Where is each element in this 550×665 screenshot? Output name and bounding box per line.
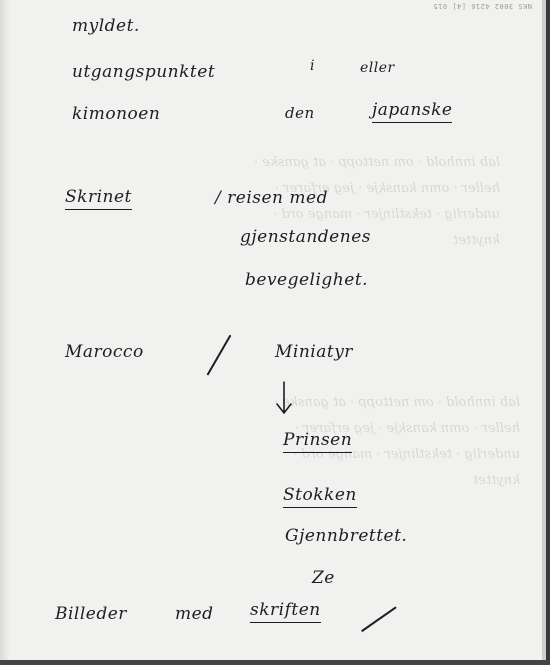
- handwriting-line-6: bevegelighet.: [245, 270, 368, 290]
- handwriting-line-7b: Miniatyr: [275, 342, 353, 362]
- handwriting-line-10: Gjennbrettet.: [285, 526, 407, 546]
- handwriting-line-7a: Marocco: [65, 342, 144, 362]
- handwriting-line-11: Ze: [312, 568, 335, 588]
- handwriting-line-1: myldet.: [72, 16, 140, 36]
- manuscript-page: NKS 3002 4216 [4] 015 lab innhold · om n…: [0, 0, 546, 660]
- handwriting-line-2a: utgangspunktet: [72, 62, 215, 82]
- page-bottom-edge: [0, 660, 550, 665]
- down-arrow-icon: [274, 380, 294, 416]
- handwriting-line-2b: i: [310, 58, 315, 74]
- page-spine-shadow: [0, 0, 10, 660]
- handwriting-line-4a-underlined: Skrinet: [65, 187, 132, 210]
- handwriting-line-4b: / reisen med: [215, 188, 328, 208]
- handwriting-line-12c-underlined: skriften: [250, 600, 321, 623]
- page-right-edge: [542, 0, 546, 665]
- handwriting-line-9-underlined: Stokken: [283, 485, 357, 508]
- slash-stroke-bottom: [361, 606, 396, 631]
- handwriting-line-12b: med: [175, 604, 214, 624]
- handwriting-line-2c: eller: [360, 60, 395, 76]
- handwriting-line-3a: kimonoen: [72, 104, 160, 124]
- handwriting-line-8-underlined: Prinsen: [283, 430, 352, 453]
- handwriting-line-12a: Billeder: [55, 604, 127, 624]
- slash-stroke: [207, 335, 231, 376]
- handwriting-line-3b: den: [285, 104, 315, 122]
- handwriting-line-3c-underlined: japanske: [372, 100, 452, 123]
- handwriting-line-5: gjenstandenes: [240, 227, 371, 247]
- archive-stamp: NKS 3002 4216 [4] 015: [433, 2, 532, 10]
